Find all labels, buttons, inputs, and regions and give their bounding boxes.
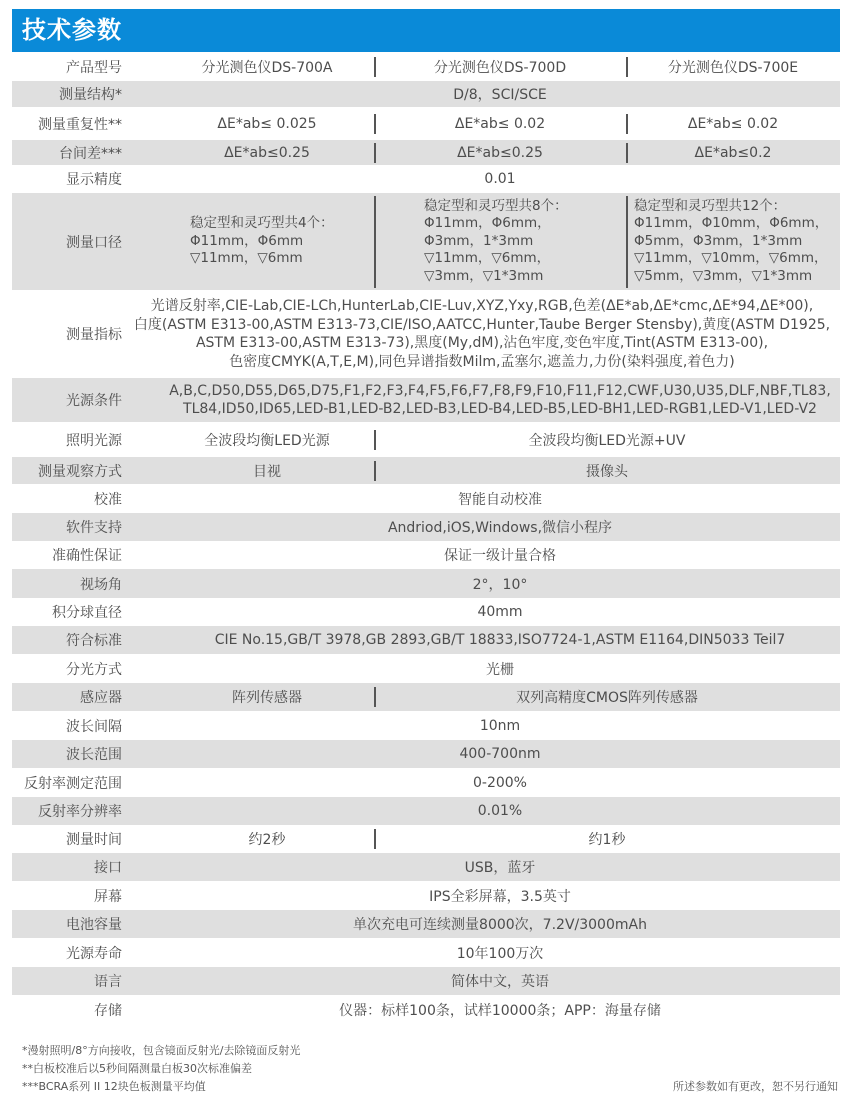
- footnotes: *漫射照明/8°方向接收，包含镜面反射光/去除镜面反射光 **白板校准后以5秒间…: [22, 1042, 300, 1096]
- row-value: 约2秒: [160, 825, 374, 853]
- spec-row-sensor: 感应器 阵列传感器 双列高精度CMOS阵列传感器: [12, 683, 840, 711]
- row-label: 波长间隔: [12, 716, 122, 736]
- row-value: 10nm: [160, 711, 840, 740]
- spec-row-software: 软件支持 Andriod,iOS,Windows,微信小程序: [12, 513, 840, 541]
- row-label: 测量重复性**: [12, 114, 122, 134]
- text-line: 稳定型和灵巧型共8个：: [424, 198, 568, 216]
- row-label: 屏幕: [12, 886, 122, 906]
- row-value: USB，蓝牙: [160, 853, 840, 881]
- cell-model-e: 分光测色仪DS-700E: [626, 52, 840, 81]
- text-line: ▽11mm，▽6mm: [190, 250, 334, 268]
- text-line: ▽11mm，▽6mm，: [424, 250, 568, 268]
- row-label: 接口: [12, 857, 122, 877]
- row-label: 测量口径: [12, 232, 122, 252]
- row-label: 测量指标: [12, 324, 122, 344]
- spec-row-battery: 电池容量 单次充电可连续测量8000次，7.2V/3000mAh: [12, 910, 840, 938]
- row-value: 0-200%: [160, 768, 840, 797]
- row-value: 双列高精度CMOS阵列传感器: [374, 683, 840, 711]
- row-label: 显示精度: [12, 169, 122, 189]
- footnote: **白板校准后以5秒间隔测量白板30次标准偏差: [22, 1060, 300, 1078]
- text-line: Φ11mm，Φ10mm，Φ6mm，: [634, 215, 828, 233]
- row-value: 光谱反射率,CIE-Lab,CIE-LCh,HunterLab,CIE-Luv,…: [124, 290, 840, 378]
- row-label: 存储: [12, 1000, 122, 1020]
- spec-row-wavelength-range: 波长范围 400-700nm: [12, 740, 840, 768]
- row-value: ΔE*ab≤ 0.02: [626, 107, 840, 140]
- spec-row-model: 产品型号 分光测色仪DS-700A 分光测色仪DS-700D 分光测色仪DS-7…: [12, 52, 840, 81]
- text-line: ASTM E313-00,ASTM E313-73),黑度(My,dM),沾色牢…: [134, 334, 830, 353]
- text-line: 稳定型和灵巧型共12个：: [634, 198, 828, 216]
- section-title: 技术参数: [12, 9, 840, 52]
- text-line: Φ11mm，Φ6mm，: [424, 215, 568, 233]
- spec-row-screen: 屏幕 IPS全彩屏幕，3.5英寸: [12, 881, 840, 910]
- row-value: ΔE*ab≤0.2: [626, 140, 840, 165]
- text-line: 白度(ASTM E313-00,ASTM E313-73,CIE/ISO,AAT…: [134, 316, 830, 335]
- row-value: 约1秒: [374, 825, 840, 853]
- spec-row-indices: 测量指标 光谱反射率,CIE-Lab,CIE-LCh,HunterLab,CIE…: [12, 290, 840, 378]
- row-label: 电池容量: [12, 914, 122, 934]
- aperture-e: 稳定型和灵巧型共12个： Φ11mm，Φ10mm，Φ6mm， Φ5mm，Φ3mm…: [626, 193, 840, 290]
- spec-row-observer-angle: 视场角 2°，10°: [12, 569, 840, 598]
- spec-row-light-source: 照明光源 全波段均衡LED光源 全波段均衡LED光源+UV: [12, 422, 840, 457]
- spec-row-wavelength-interval: 波长间隔 10nm: [12, 711, 840, 740]
- row-value: 全波段均衡LED光源+UV: [374, 422, 840, 457]
- spec-row-geometry: 测量结构* D/8，SCI/SCE: [12, 81, 840, 107]
- row-label: 感应器: [12, 687, 122, 707]
- spec-row-inter-instrument: 台间差*** ΔE*ab≤0.25 ΔE*ab≤0.25 ΔE*ab≤0.2: [12, 140, 840, 165]
- text-line: Φ11mm，Φ6mm: [190, 233, 334, 251]
- row-label: 软件支持: [12, 517, 122, 537]
- spec-row-aperture: 测量口径 稳定型和灵巧型共4个： Φ11mm，Φ6mm ▽11mm，▽6mm 稳…: [12, 193, 840, 290]
- footnote: *漫射照明/8°方向接收，包含镜面反射光/去除镜面反射光: [22, 1042, 300, 1060]
- row-value: 智能自动校准: [160, 484, 840, 513]
- row-value: 0.01: [160, 165, 840, 193]
- row-label: 光源寿命: [12, 943, 122, 963]
- spec-row-display-precision: 显示精度 0.01: [12, 165, 840, 193]
- row-value: 保证一级计量合格: [160, 541, 840, 569]
- text-line: ▽3mm，▽1*3mm: [424, 268, 568, 286]
- row-value: 400-700nm: [160, 740, 840, 768]
- row-value: 仪器：标样100条，试样10000条；APP：海量存储: [160, 995, 840, 1025]
- spec-row-accuracy: 准确性保证 保证一级计量合格: [12, 541, 840, 569]
- text-line: Φ3mm，1*3mm: [424, 233, 568, 251]
- row-label: 产品型号: [12, 57, 122, 77]
- row-value: 10年100万次: [160, 938, 840, 967]
- spec-row-lamp-life: 光源寿命 10年100万次: [12, 938, 840, 967]
- row-value: A,B,C,D50,D55,D65,D75,F1,F2,F3,F4,F5,F6,…: [160, 378, 840, 422]
- spec-table: 产品型号 分光测色仪DS-700A 分光测色仪DS-700D 分光测色仪DS-7…: [12, 52, 840, 1025]
- text-line: 光谱反射率,CIE-Lab,CIE-LCh,HunterLab,CIE-Luv,…: [134, 297, 830, 316]
- row-label: 台间差***: [12, 143, 122, 163]
- row-label: 测量观察方式: [12, 461, 122, 481]
- row-label: 语言: [12, 971, 122, 991]
- row-value: 目视: [160, 457, 374, 484]
- text-line: Φ5mm，Φ3mm，1*3mm: [634, 233, 828, 251]
- row-value: 全波段均衡LED光源: [160, 422, 374, 457]
- spec-row-language: 语言 简体中文，英语: [12, 967, 840, 995]
- spec-row-calibration: 校准 智能自动校准: [12, 484, 840, 513]
- aperture-d: 稳定型和灵巧型共8个： Φ11mm，Φ6mm， Φ3mm，1*3mm ▽11mm…: [374, 193, 626, 290]
- row-value: 简体中文，英语: [160, 967, 840, 995]
- cell-model-a: 分光测色仪DS-700A: [160, 52, 374, 81]
- spec-row-spectral-method: 分光方式 光栅: [12, 654, 840, 683]
- spec-row-interface: 接口 USB，蓝牙: [12, 853, 840, 881]
- cell-model-d: 分光测色仪DS-700D: [374, 52, 626, 81]
- row-value: 摄像头: [374, 457, 840, 484]
- row-label: 积分球直径: [12, 602, 122, 622]
- change-notice: 所述参数如有更改，恕不另行通知: [673, 1078, 838, 1094]
- spec-row-repeatability: 测量重复性** ΔE*ab≤ 0.025 ΔE*ab≤ 0.02 ΔE*ab≤ …: [12, 107, 840, 140]
- spec-row-standards: 符合标准 CIE No.15,GB/T 3978,GB 2893,GB/T 18…: [12, 626, 840, 654]
- row-value: D/8，SCI/SCE: [160, 81, 840, 107]
- row-label: 准确性保证: [12, 545, 122, 565]
- row-label: 测量时间: [12, 829, 122, 849]
- row-label: 反射率测定范围: [12, 773, 122, 793]
- row-label: 光源条件: [12, 390, 122, 410]
- row-value: 阵列传感器: [160, 683, 374, 711]
- text-line: ▽11mm，▽10mm，▽6mm，: [634, 250, 828, 268]
- text-line: A,B,C,D50,D55,D65,D75,F1,F2,F3,F4,F5,F6,…: [169, 382, 831, 401]
- spec-row-sphere-diameter: 积分球直径 40mm: [12, 598, 840, 626]
- row-label: 符合标准: [12, 630, 122, 650]
- spec-row-measurement-time: 测量时间 约2秒 约1秒: [12, 825, 840, 853]
- spec-row-illuminants: 光源条件 A,B,C,D50,D55,D65,D75,F1,F2,F3,F4,F…: [12, 378, 840, 422]
- row-label: 反射率分辨率: [12, 801, 122, 821]
- row-value: 光栅: [160, 654, 840, 683]
- spec-row-reflectance-range: 反射率测定范围 0-200%: [12, 768, 840, 797]
- text-line: 稳定型和灵巧型共4个：: [190, 215, 334, 233]
- row-value: ΔE*ab≤0.25: [160, 140, 374, 165]
- row-value: 2°，10°: [160, 569, 840, 598]
- row-value: 单次充电可连续测量8000次，7.2V/3000mAh: [160, 910, 840, 938]
- row-value: CIE No.15,GB/T 3978,GB 2893,GB/T 18833,I…: [160, 626, 840, 654]
- spec-row-viewing-mode: 测量观察方式 目视 摄像头: [12, 457, 840, 484]
- row-value: 0.01%: [160, 797, 840, 825]
- row-label: 测量结构*: [12, 84, 122, 104]
- text-line: ▽5mm，▽3mm，▽1*3mm: [634, 268, 828, 286]
- row-label: 波长范围: [12, 744, 122, 764]
- spec-row-reflectance-resolution: 反射率分辨率 0.01%: [12, 797, 840, 825]
- row-value: ΔE*ab≤0.25: [374, 140, 626, 165]
- spec-row-storage: 存储 仪器：标样100条，试样10000条；APP：海量存储: [12, 995, 840, 1025]
- footnote: ***BCRA系列 II 12块色板测量平均值: [22, 1078, 300, 1096]
- row-value: ΔE*ab≤ 0.02: [374, 107, 626, 140]
- row-label: 分光方式: [12, 659, 122, 679]
- row-label: 视场角: [12, 574, 122, 594]
- row-label: 校准: [12, 489, 122, 509]
- text-line: 色密度CMYK(A,T,E,M),同色异谱指数Milm,孟塞尔,遮盖力,力份(染…: [134, 353, 830, 372]
- row-value: Andriod,iOS,Windows,微信小程序: [160, 513, 840, 541]
- row-value: ΔE*ab≤ 0.025: [160, 107, 374, 140]
- text-line: TL84,ID50,ID65,LED-B1,LED-B2,LED-B3,LED-…: [169, 400, 831, 419]
- row-value: IPS全彩屏幕，3.5英寸: [160, 881, 840, 910]
- row-label: 照明光源: [12, 430, 122, 450]
- aperture-a: 稳定型和灵巧型共4个： Φ11mm，Φ6mm ▽11mm，▽6mm: [160, 193, 374, 290]
- row-value: 40mm: [160, 598, 840, 626]
